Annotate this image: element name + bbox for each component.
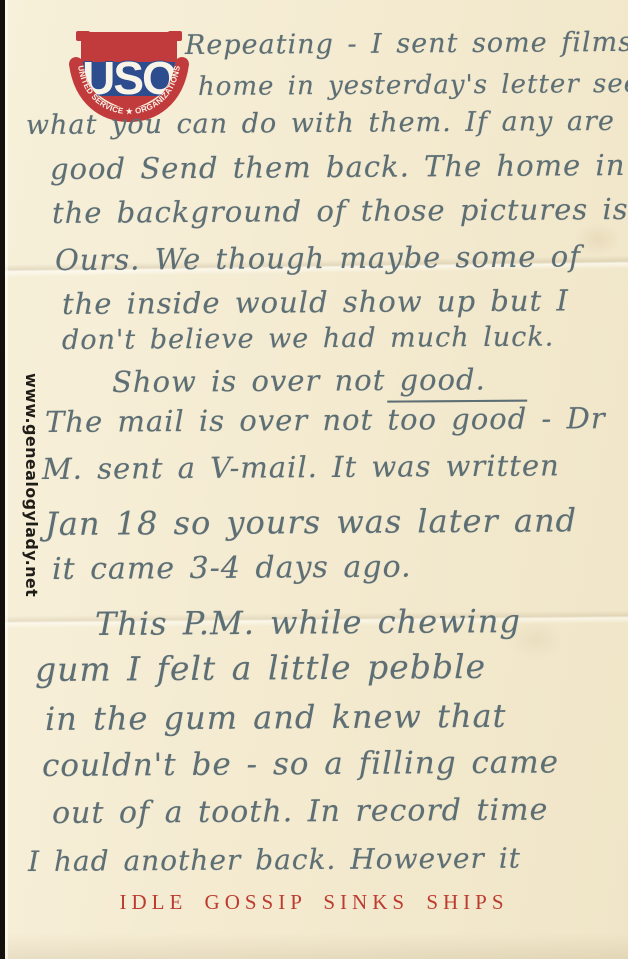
handwriting-line: Jan 18 so yours was later and bbox=[45, 501, 577, 543]
handwriting-line: what you can do with them. If any are bbox=[26, 106, 615, 141]
scan-edge-left bbox=[0, 0, 5, 959]
handwriting-line: in the gum and knew that bbox=[45, 697, 507, 738]
handwriting-line: M. sent a V-mail. It was written bbox=[42, 448, 560, 486]
handwriting-layer: Repeating - I sent some filmshome in yes… bbox=[0, 0, 628, 959]
handwriting-line: This P.M. while chewing bbox=[95, 602, 521, 643]
handwriting-line: Ours. We though maybe some of bbox=[55, 239, 581, 277]
handwriting-line: I had another back. However it bbox=[28, 842, 521, 878]
handwriting-line: the inside would show up but I bbox=[62, 283, 569, 321]
watermark-text: www.genealogylady.net bbox=[19, 373, 41, 588]
scan-edge-highlight bbox=[5, 0, 8, 959]
handwriting-line: Show is over not good. bbox=[112, 362, 486, 399]
footer-slogan: IDLE GOSSIP SINKS SHIPS bbox=[0, 890, 628, 915]
handwriting-line: Repeating - I sent some films bbox=[185, 27, 628, 61]
handwriting-line: home in yesterday's letter see bbox=[198, 69, 628, 102]
handwriting-line: couldn't be - so a filling came bbox=[42, 744, 559, 784]
handwriting-line: it came 3-4 days ago. bbox=[52, 549, 412, 587]
struck-through-words: too good bbox=[387, 402, 527, 437]
handwriting-line: the background of those pictures is bbox=[52, 192, 628, 230]
handwriting-line: out of a tooth. In record time bbox=[52, 793, 549, 831]
handwriting-line: gum I felt a little pebble bbox=[35, 647, 486, 689]
handwriting-line: don't believe we had much luck. bbox=[62, 322, 555, 356]
handwriting-line: good Send them back. The home in bbox=[50, 148, 626, 186]
handwriting-line: The mail is over not too good - Dr bbox=[45, 401, 606, 439]
